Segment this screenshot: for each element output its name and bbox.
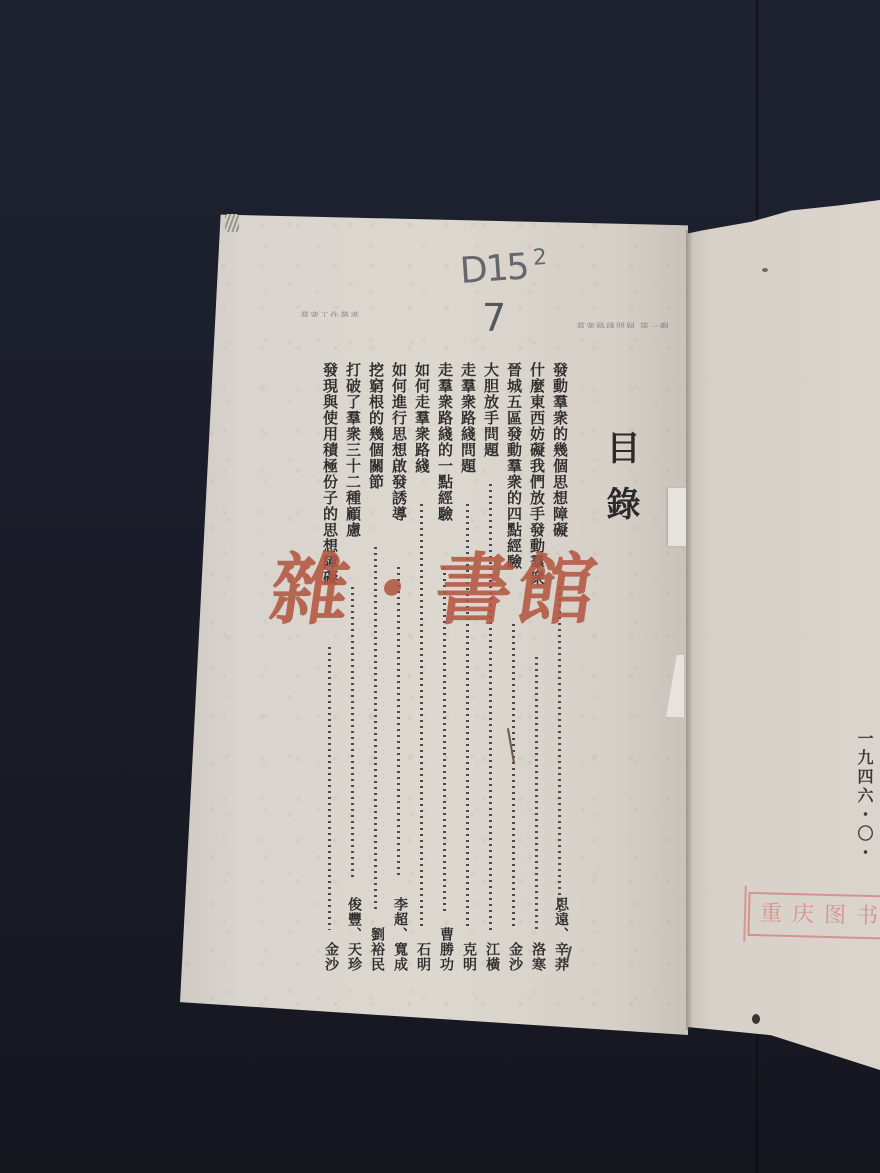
toc-entry-author: 江橫 [481, 942, 501, 972]
dotted-leader [558, 587, 561, 912]
dotted-leader [328, 647, 331, 930]
toc-entry-author: 曹勝功 [435, 927, 455, 972]
dotted-leader [535, 657, 538, 930]
toc-entry[interactable]: 什麼東西妨礙我們放手發動羣衆 洛寒 [527, 362, 547, 972]
call-number-main: D15 [459, 246, 529, 292]
handwritten-volume-number: 7 [482, 296, 506, 340]
toc-entry[interactable]: 大胆放手問題 江橫 [481, 362, 501, 972]
publication-date: 一九四六・〇・ [853, 730, 876, 863]
library-stamp: 重庆图书 [747, 892, 880, 940]
faded-header-right: 羣衆路綫問題 第一輯 [576, 320, 696, 328]
toc-title: 目錄 [596, 430, 645, 542]
corner-fold [225, 214, 239, 232]
dotted-leader [489, 484, 492, 930]
dotted-leader [466, 504, 469, 930]
dotted-leader [374, 547, 377, 912]
torn-paper-tab [668, 488, 686, 546]
call-number-superscript: 2 [532, 245, 546, 271]
spine-shadow [686, 230, 692, 1030]
toc-entry-author: 俊豐、天珍 [343, 897, 363, 972]
ink-blemish [762, 268, 768, 272]
faded-header-left: 羣衆工作叢書 [300, 309, 420, 317]
toc-entry[interactable]: 晉城五區發動羣衆的四點經驗 金沙 [504, 362, 524, 972]
toc-entry[interactable]: 如何走羣衆路綫 石明 [412, 362, 432, 972]
right-page [682, 200, 880, 1070]
ink-blemish [752, 1014, 760, 1024]
toc-entry-author: 克明 [458, 942, 478, 972]
toc-entry-author: 石明 [412, 942, 432, 972]
handwritten-call-number: D152 [459, 245, 547, 292]
toc-entry[interactable]: 發現與使用積極份子的思想障礙 金沙 [320, 362, 340, 972]
toc-entry[interactable]: 走羣衆路綫的一點經驗 曹勝功 [435, 362, 455, 972]
toc-entry[interactable]: 發動羣衆的幾個思想障礙 思遠、辛莽 [550, 362, 570, 972]
dotted-leader [351, 587, 354, 877]
toc-entry[interactable]: 挖窮根的幾個關節 劉裕民 [366, 362, 386, 972]
toc-entry-author: 劉裕民 [366, 927, 386, 972]
toc-entry[interactable]: 走羣衆路綫問題 克明 [458, 362, 478, 972]
toc-entry[interactable]: 打破了羣衆三十二種顧慮 俊豐、天珍 [343, 362, 363, 972]
dotted-leader [420, 504, 423, 930]
table-of-contents: 發動羣衆的幾個思想障礙 思遠、辛莽 什麼東西妨礙我們放手發動羣衆 洛寒 晉城五區… [320, 362, 570, 972]
toc-entry[interactable]: 如何進行思想啟發誘導 李超、寬成 [389, 362, 409, 972]
toc-entry-author: 李超、寬成 [389, 897, 409, 972]
toc-entry-author: 金沙 [504, 942, 524, 972]
toc-entry-author: 金沙 [320, 942, 340, 972]
dotted-leader [443, 567, 446, 912]
dotted-leader [397, 567, 400, 877]
toc-entry-author: 洛寒 [527, 942, 547, 972]
dotted-leader [512, 624, 515, 930]
